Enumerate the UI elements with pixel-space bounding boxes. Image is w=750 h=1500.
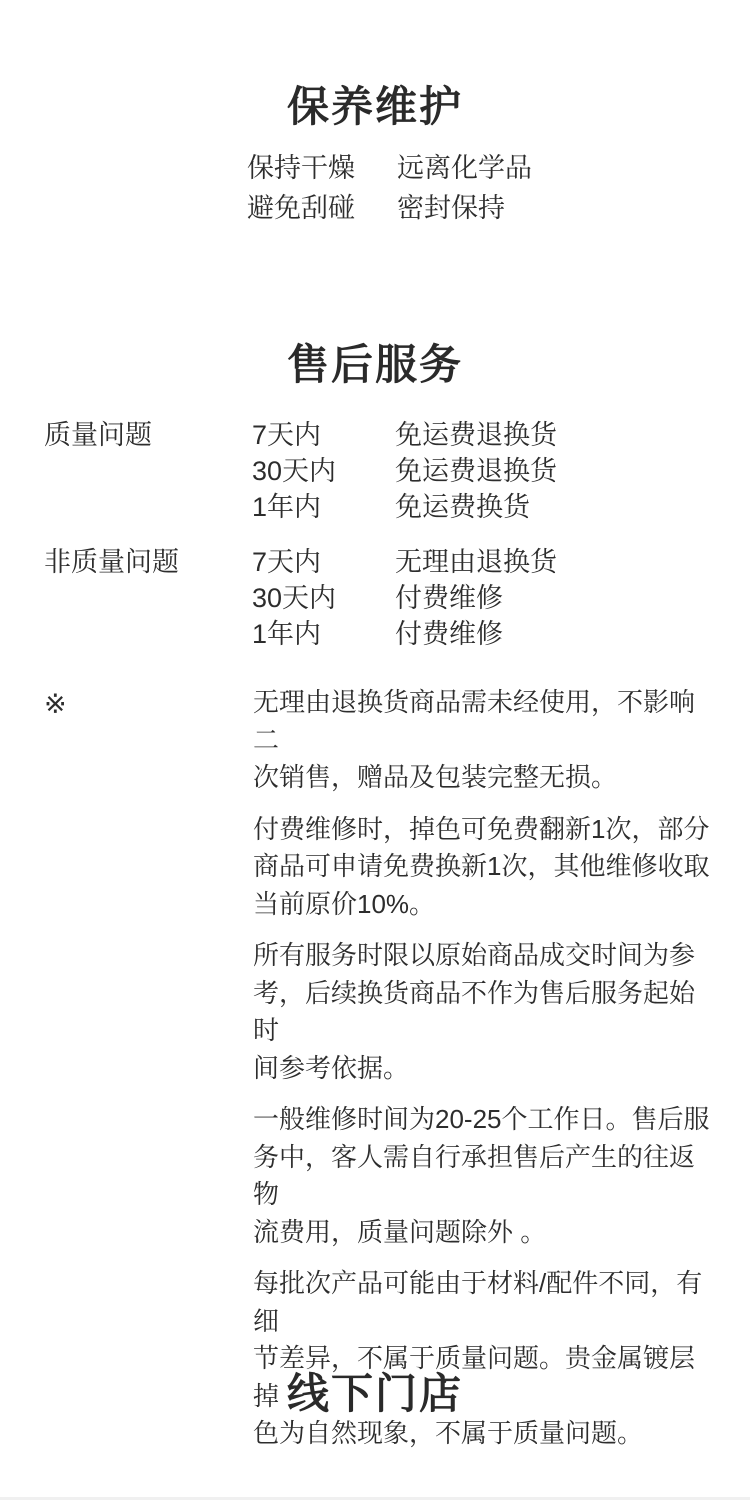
- table-row: 30天内 免运费退换货: [252, 453, 750, 489]
- table-row: 7天内 无理由退换货: [252, 544, 750, 580]
- table-row: 30天内 付费维修: [252, 580, 750, 616]
- maintenance-tip: 保持干燥: [247, 148, 397, 188]
- policy-group-label: 质量问题: [44, 417, 152, 453]
- policy-period: 30天内: [252, 580, 395, 616]
- maintenance-tip: 密封保持: [397, 188, 532, 228]
- note-paragraph: 所有服务时限以原始商品成交时间为参 考，后续换货商品不作为售后服务起始时 间参考…: [253, 937, 716, 1087]
- policy-period: 30天内: [252, 453, 395, 489]
- maintenance-tips-grid: 保持干燥 远离化学品 避免刮碰 密封保持: [247, 148, 532, 228]
- policy-period: 1年内: [252, 616, 395, 652]
- policy-period: 7天内: [252, 544, 395, 580]
- policy-rows: 7天内 免运费退换货 30天内 免运费退换货 1年内 免运费换货: [252, 417, 750, 525]
- policy-group-non-quality: 非质量问题 7天内 无理由退换货 30天内 付费维修 1年内 付费维修: [0, 544, 750, 652]
- reference-mark-icon: ※: [44, 689, 67, 720]
- note-paragraph: 付费维修时，掉色可免费翻新1次，部分 商品可申请免费换新1次，其他维修收取 当前…: [253, 811, 716, 924]
- policy-text: 免运费换货: [395, 489, 750, 525]
- offline-stores-section-title: 线下门店: [0, 1361, 750, 1421]
- policy-period: 1年内: [252, 489, 395, 525]
- table-row: 7天内 免运费退换货: [252, 417, 750, 453]
- note-paragraph: 每批次产品可能由于材料/配件不同，有细 节差异，不属于质量问题。贵金属镀层掉 色…: [253, 1265, 716, 1453]
- after-sales-notes: ※ 无理由退换货商品需未经使用，不影响二 次销售，赠品及包装完整无损。 付费维修…: [0, 684, 750, 1467]
- note-paragraph: 无理由退换货商品需未经使用，不影响二 次销售，赠品及包装完整无损。: [253, 684, 716, 797]
- policy-text: 免运费退换货: [395, 453, 750, 489]
- policy-period: 7天内: [252, 417, 395, 453]
- notes-body: 无理由退换货商品需未经使用，不影响二 次销售，赠品及包装完整无损。 付费维修时，…: [253, 684, 716, 1453]
- table-row: 1年内 免运费换货: [252, 489, 750, 525]
- product-detail-page: 保养维护 保持干燥 远离化学品 避免刮碰 密封保持 售后服务 质量问题 7天内 …: [0, 0, 750, 1500]
- maintenance-tip: 避免刮碰: [247, 188, 397, 228]
- policy-text: 免运费退换货: [395, 417, 750, 453]
- maintenance-tip: 远离化学品: [397, 148, 532, 188]
- policy-group-quality: 质量问题 7天内 免运费退换货 30天内 免运费退换货 1年内 免运费换货: [0, 417, 750, 525]
- policy-text: 无理由退换货: [395, 544, 750, 580]
- policy-text: 付费维修: [395, 616, 750, 652]
- note-paragraph: 一般维修时间为20-25个工作日。售后服 务中，客人需自行承担售后产生的往返物 …: [253, 1101, 716, 1251]
- table-row: 1年内 付费维修: [252, 616, 750, 652]
- policy-text: 付费维修: [395, 580, 750, 616]
- maintenance-section-title: 保养维护: [0, 74, 750, 134]
- after-sales-policy-table: 质量问题 7天内 免运费退换货 30天内 免运费退换货 1年内 免运费换货 非质…: [0, 417, 750, 671]
- policy-group-label: 非质量问题: [44, 544, 179, 580]
- after-sales-section-title: 售后服务: [0, 332, 750, 392]
- policy-rows: 7天内 无理由退换货 30天内 付费维修 1年内 付费维修: [252, 544, 750, 652]
